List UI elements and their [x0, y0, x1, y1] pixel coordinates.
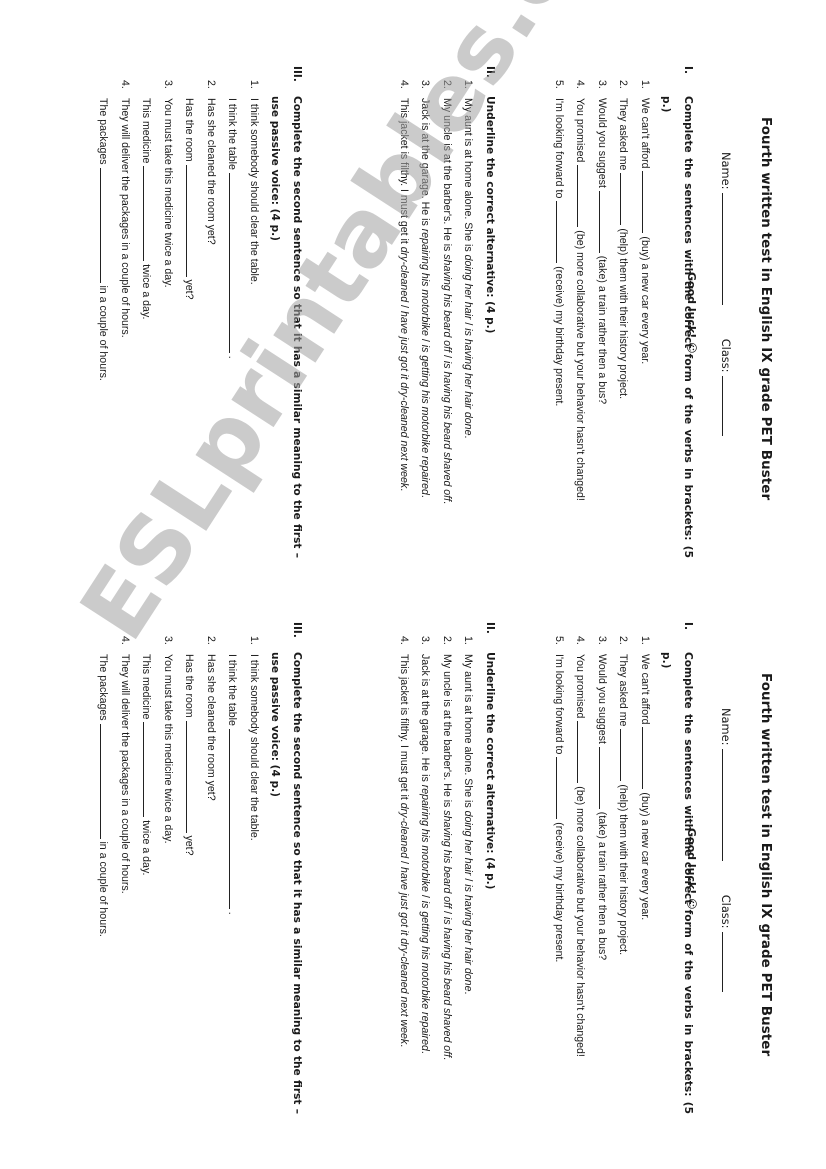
answer-blank[interactable] — [230, 173, 232, 353]
item-number: 2. — [436, 636, 458, 645]
question-item: 1.We can't afford (buy) a new car every … — [634, 66, 656, 558]
question-item: 4.You promised (be) more collaborative b… — [569, 66, 591, 558]
section-instruction: Complete the second sentence so that it … — [270, 652, 304, 1114]
question-item: 5.I'm looking forward to (receive) my bi… — [548, 66, 570, 558]
item-sentence: I think somebody should clear the table. — [243, 98, 265, 558]
item-number: 1. — [457, 80, 479, 89]
item-number: 2. — [612, 80, 634, 89]
answer-blank[interactable] — [642, 171, 644, 233]
item-text: Would you suggest (take) a train rather … — [591, 654, 613, 1114]
item-number: 2. — [612, 636, 634, 645]
option-b[interactable]: is getting his motorbike repaired — [420, 901, 432, 1051]
section-heading: II. Underline the correct alternative: (… — [479, 622, 501, 1114]
class-field[interactable] — [722, 932, 724, 992]
item-number: 4. — [569, 636, 591, 645]
section-1: I. Complete the sentences with the corre… — [548, 66, 699, 558]
answer-blank[interactable] — [599, 747, 601, 809]
rewrite-line: The packages in a couple of hours. — [92, 622, 114, 1114]
answer-blank[interactable] — [101, 724, 103, 839]
option-a[interactable]: shaving his beard off — [441, 810, 453, 908]
test-title: Fourth written test in English IX grade … — [758, 117, 773, 500]
student-info-row: Name: Class: — [719, 708, 733, 992]
item-text: My uncle is at the barber's. He is shavi… — [436, 98, 458, 558]
option-a[interactable]: repairing his motorbike — [420, 229, 432, 336]
item-sentence: They will deliver the packages in a coup… — [114, 654, 136, 1114]
section-heading: II. Underline the correct alternative: (… — [479, 66, 501, 558]
answer-blank[interactable] — [578, 165, 580, 227]
section-1: I. Complete the sentences with the corre… — [548, 622, 699, 1114]
name-label: Name: — [719, 708, 733, 745]
item-number: 2. — [200, 80, 222, 89]
section-instruction: Complete the second sentence so that it … — [270, 96, 304, 558]
rewrite-line: I think the table . — [221, 622, 243, 1114]
question-item: 3.You must take this medicine twice a da… — [157, 622, 179, 1114]
item-text: This jacket is filthy. I must get it dry… — [393, 98, 415, 558]
item-sentence: Has she cleaned the room yet? — [200, 98, 222, 558]
option-b[interactable]: is having his beard shaved off — [441, 361, 453, 501]
item-number: 3. — [591, 80, 613, 89]
question-item: 2.They asked me (help) them with their h… — [612, 622, 634, 1114]
item-sentence: They will deliver the packages in a coup… — [114, 98, 136, 558]
question-item: 4.This jacket is filthy. I must get it d… — [393, 66, 415, 558]
section-2: II. Underline the correct alternative: (… — [393, 622, 501, 1114]
item-text: Jack is at the garage. He is repairing h… — [414, 98, 436, 558]
item-sentence: You must take this medicine twice a day. — [157, 98, 179, 558]
answer-blank[interactable] — [556, 201, 558, 263]
option-a[interactable]: shaving his beard off — [441, 254, 453, 352]
item-text: This jacket is filthy. I must get it dry… — [393, 654, 415, 1114]
answer-blank[interactable] — [556, 757, 558, 819]
option-a[interactable]: repairing his motorbike — [420, 785, 432, 892]
item-number: 4. — [569, 80, 591, 89]
name-field[interactable] — [722, 749, 724, 861]
item-text: You promised (be) more collaborative but… — [569, 98, 591, 558]
item-number: 1. — [243, 80, 265, 89]
option-a[interactable]: doing her hair — [463, 811, 475, 876]
item-sentence: Has she cleaned the room yet? — [200, 654, 222, 1114]
option-b[interactable]: have just got it dry-cleaned next week — [398, 311, 410, 488]
question-item: 3.Jack is at the garage. He is repairing… — [414, 66, 436, 558]
question-item: 5.I'm looking forward to (receive) my bi… — [548, 622, 570, 1114]
option-a[interactable]: dry-cleaned — [398, 247, 410, 302]
answer-blank[interactable] — [144, 166, 146, 261]
question-item: 1.We can't afford (buy) a new car every … — [634, 622, 656, 1114]
test-copy-1: Fourth written test in English IX grade … — [70, 60, 790, 565]
item-number: 3. — [591, 636, 613, 645]
item-number: 3. — [157, 80, 179, 89]
question-item: 3.Would you suggest (take) a train rathe… — [591, 622, 613, 1114]
item-text: You promised (be) more collaborative but… — [569, 654, 591, 1114]
item-number: 4. — [393, 80, 415, 89]
option-b[interactable]: have just got it dry-cleaned next week — [398, 867, 410, 1044]
option-b[interactable]: is having her hair done — [463, 328, 475, 435]
answer-blank[interactable] — [621, 173, 623, 225]
rewrite-line: I think the table . — [221, 66, 243, 558]
item-sentence: You must take this medicine twice a day. — [157, 654, 179, 1114]
question-item: 2.Has she cleaned the room yet? — [200, 66, 222, 558]
item-text: My uncle is at the barber's. He is shavi… — [436, 654, 458, 1114]
section-instruction: Complete the sentences with the correct … — [661, 652, 695, 1114]
option-b[interactable]: is having her hair done — [463, 884, 475, 991]
question-item: 4.They will deliver the packages in a co… — [114, 66, 136, 558]
item-text: They asked me (help) them with their his… — [612, 98, 634, 558]
item-text: We can't afford (buy) a new car every ye… — [634, 98, 656, 558]
item-number: 4. — [393, 636, 415, 645]
student-info-row: Name: Class: — [719, 152, 733, 436]
rewrite-line: The packages in a couple of hours. — [92, 66, 114, 558]
name-label: Name: — [719, 152, 733, 189]
item-text: I'm looking forward to (receive) my birt… — [548, 654, 570, 1114]
section-heading: I. Complete the sentences with the corre… — [655, 622, 698, 1114]
test-title: Fourth written test in English IX grade … — [758, 673, 773, 1056]
item-number: 1. — [243, 636, 265, 645]
question-item: 3.You must take this medicine twice a da… — [157, 66, 179, 558]
item-number: 4. — [114, 636, 136, 645]
section-instruction: Underline the correct alternative: (4 p.… — [484, 96, 496, 334]
question-item: 2.My uncle is at the barber's. He is sha… — [436, 66, 458, 558]
answer-blank[interactable] — [599, 191, 601, 253]
answer-blank[interactable] — [187, 165, 189, 277]
item-number: 5. — [548, 80, 570, 89]
section-numeral: III. — [286, 66, 308, 82]
section-numeral: III. — [286, 622, 308, 638]
class-label: Class: — [719, 339, 733, 373]
class-label: Class: — [719, 895, 733, 929]
item-number: 1. — [634, 636, 656, 645]
item-text: Would you suggest (take) a train rather … — [591, 98, 613, 558]
item-number: 4. — [114, 80, 136, 89]
item-text: My aunt is at home alone. She is doing h… — [457, 98, 479, 558]
section-heading: I. Complete the sentences with the corre… — [655, 66, 698, 558]
class-field[interactable] — [722, 376, 724, 436]
item-number: 2. — [436, 80, 458, 89]
item-sentence: I think somebody should clear the table. — [243, 654, 265, 1114]
item-number: 3. — [414, 80, 436, 89]
item-number: 3. — [157, 636, 179, 645]
section-numeral: II. — [479, 66, 501, 78]
section-numeral: I. — [677, 622, 699, 630]
question-item: 1.I think somebody should clear the tabl… — [243, 622, 265, 1114]
item-number: 5. — [548, 636, 570, 645]
option-a[interactable]: doing her hair — [463, 255, 475, 320]
item-number: 2. — [200, 636, 222, 645]
item-text: My aunt is at home alone. She is doing h… — [457, 654, 479, 1114]
question-item: 2.My uncle is at the barber's. He is sha… — [436, 622, 458, 1114]
item-text: We can't afford (buy) a new car every ye… — [634, 654, 656, 1114]
rewrite-line: Has the room yet? — [178, 622, 200, 1114]
option-b[interactable]: is getting his motorbike repaired — [420, 345, 432, 495]
answer-blank[interactable] — [144, 722, 146, 817]
answer-blank[interactable] — [621, 729, 623, 781]
option-b[interactable]: is having his beard shaved off — [441, 917, 453, 1057]
section-heading: III. Complete the second sentence so tha… — [264, 66, 307, 558]
section-2: II. Underline the correct alternative: (… — [393, 66, 501, 558]
question-item: 4.This jacket is filthy. I must get it d… — [393, 622, 415, 1114]
section-3: III. Complete the second sentence so tha… — [92, 66, 307, 558]
answer-blank[interactable] — [187, 721, 189, 833]
rewrite-line: Has the room yet? — [178, 66, 200, 558]
answer-blank[interactable] — [578, 721, 580, 783]
answer-blank[interactable] — [101, 168, 103, 283]
answer-blank[interactable] — [230, 729, 232, 909]
answer-blank[interactable] — [642, 727, 644, 789]
section-numeral: II. — [479, 622, 501, 634]
rewrite-line: This medicine twice a day. — [135, 66, 157, 558]
item-text: They asked me (help) them with their his… — [612, 654, 634, 1114]
rewrite-line: This medicine twice a day. — [135, 622, 157, 1114]
question-item: 3.Would you suggest (take) a train rathe… — [591, 66, 613, 558]
question-item: 4.They will deliver the packages in a co… — [114, 622, 136, 1114]
question-item: 1.My aunt is at home alone. She is doing… — [457, 622, 479, 1114]
section-instruction: Underline the correct alternative: (4 p.… — [484, 652, 496, 890]
item-number: 1. — [634, 80, 656, 89]
question-item: 1.I think somebody should clear the tabl… — [243, 66, 265, 558]
item-text: Jack is at the garage. He is repairing h… — [414, 654, 436, 1114]
question-item: 2.They asked me (help) them with their h… — [612, 66, 634, 558]
section-numeral: I. — [677, 66, 699, 74]
question-item: 2.Has she cleaned the room yet? — [200, 622, 222, 1114]
item-text: I'm looking forward to (receive) my birt… — [548, 98, 570, 558]
item-number: 3. — [414, 636, 436, 645]
section-3: III. Complete the second sentence so tha… — [92, 622, 307, 1114]
option-a[interactable]: dry-cleaned — [398, 803, 410, 858]
section-instruction: Complete the sentences with the correct … — [661, 96, 695, 558]
question-item: 3.Jack is at the garage. He is repairing… — [414, 622, 436, 1114]
name-field[interactable] — [722, 193, 724, 305]
question-item: 1.My aunt is at home alone. She is doing… — [457, 66, 479, 558]
item-number: 1. — [457, 636, 479, 645]
question-item: 4.You promised (be) more collaborative b… — [569, 622, 591, 1114]
test-copy-2: Fourth written test in English IX grade … — [70, 616, 790, 1121]
section-heading: III. Complete the second sentence so tha… — [264, 622, 307, 1114]
